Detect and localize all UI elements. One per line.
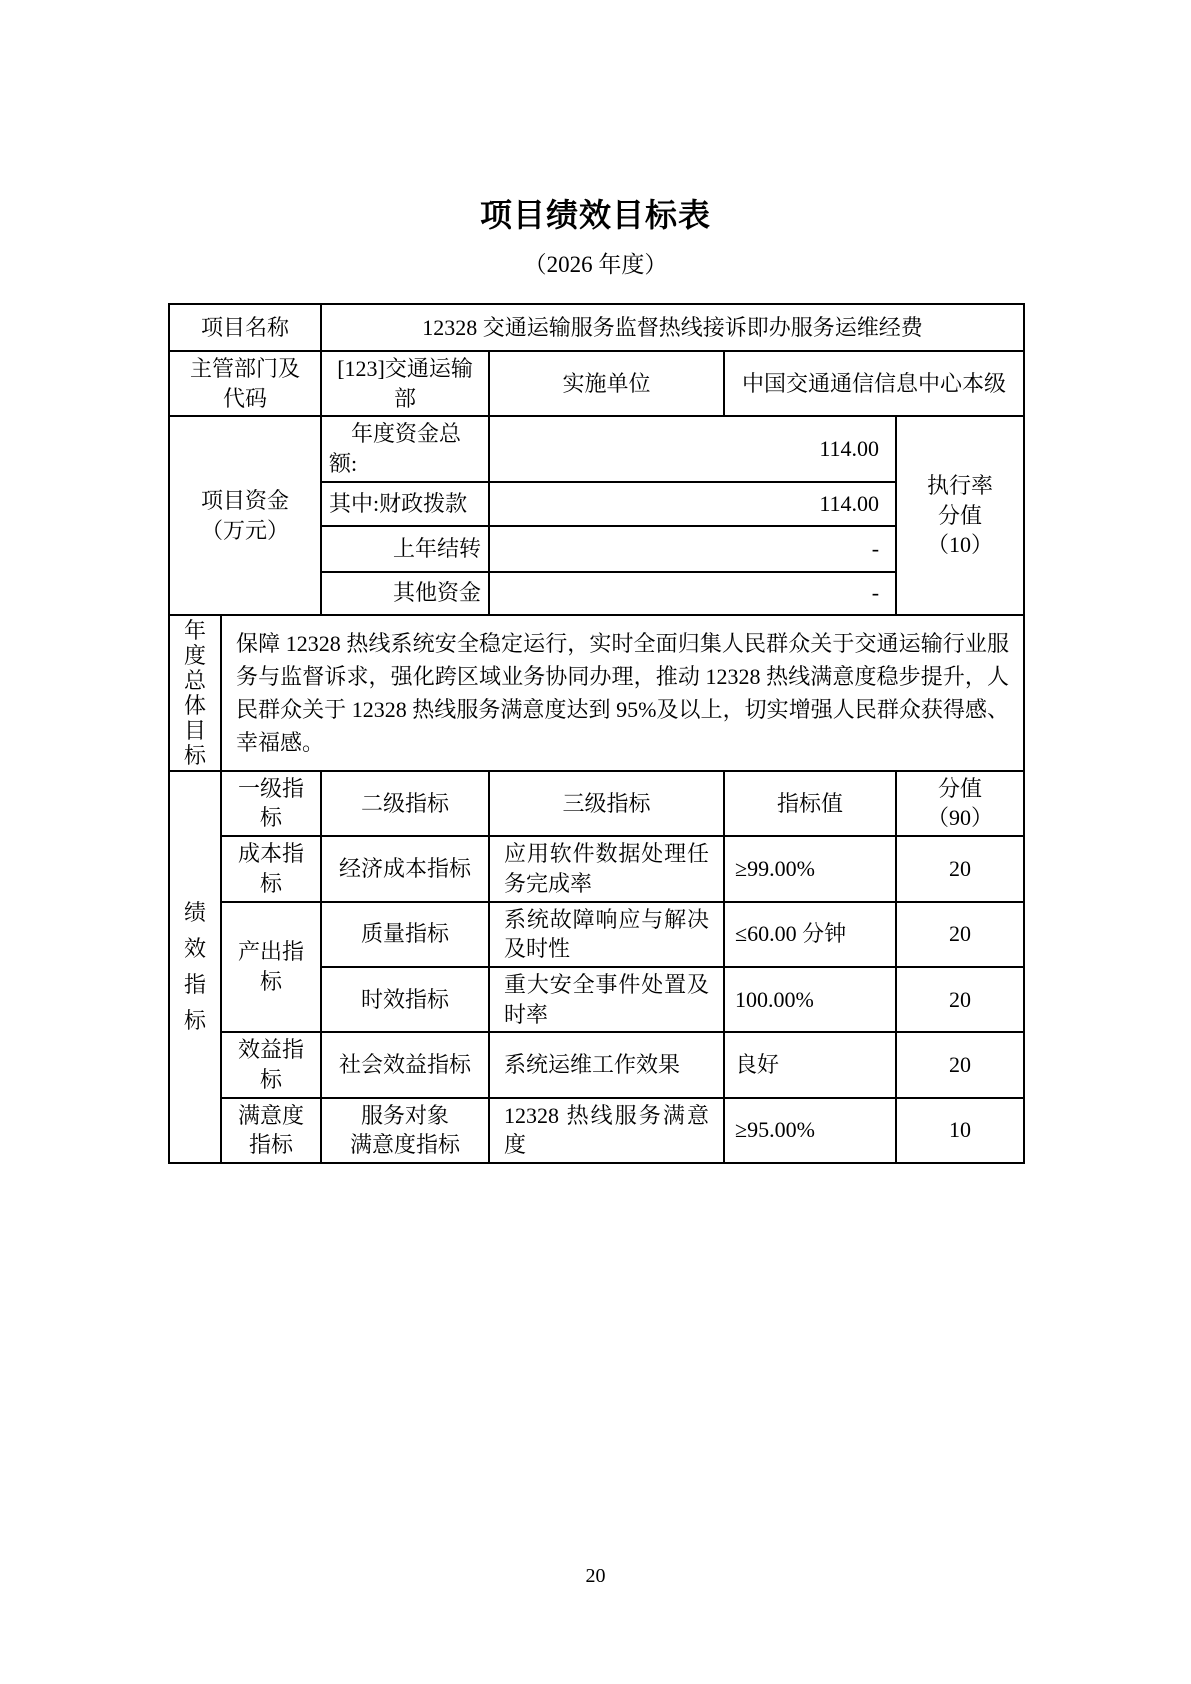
header-level3: 三级指标 — [489, 771, 724, 836]
funding-fiscal-label: 其中:财政拨款 — [321, 482, 489, 526]
indicator-value: ≥95.00% — [724, 1098, 896, 1163]
department-label: 主管部门及 代码 — [169, 351, 321, 416]
project-name-value: 12328 交通运输服务监督热线接诉即办服务运维经费 — [321, 304, 1024, 351]
annual-goal-label: 年度总体目标 — [169, 615, 221, 771]
indicator-value: ≤60.00 分钟 — [724, 902, 896, 967]
table-row-annual-goal: 年度总体目标 保障 12328 热线系统安全稳定运行，实时全面归集人民群众关于交… — [169, 615, 1024, 771]
table-row-department: 主管部门及 代码 [123]交通运输 部 实施单位 中国交通通信信息中心本级 — [169, 351, 1024, 416]
impl-unit-label: 实施单位 — [489, 351, 724, 416]
document-subtitle: （2026 年度） — [0, 246, 1191, 279]
indicator-value: 良好 — [724, 1032, 896, 1097]
indicator-score: 20 — [896, 836, 1024, 901]
impl-unit-value: 中国交通通信信息中心本级 — [724, 351, 1024, 416]
table-row-indicator-header: 绩效指标 一级指 标 二级指标 三级指标 指标值 分值 （90） — [169, 771, 1024, 836]
funding-carryover-label: 上年结转 — [321, 526, 489, 572]
indicator-score: 10 — [896, 1098, 1024, 1163]
header-level2: 二级指标 — [321, 771, 489, 836]
table-row-indicator-cost: 成本指 标 经济成本指标 应用软件数据处理任务完成率 ≥99.00% 20 — [169, 836, 1024, 901]
indicator-level3: 应用软件数据处理任务完成率 — [489, 836, 724, 901]
indicator-score: 20 — [896, 967, 1024, 1032]
table-row-indicator-quality: 产出指 标 质量指标 系统故障响应与解决及时性 ≤60.00 分钟 20 — [169, 902, 1024, 967]
indicator-level3: 系统运维工作效果 — [489, 1032, 724, 1097]
indicator-score: 20 — [896, 1032, 1024, 1097]
indicator-score: 20 — [896, 902, 1024, 967]
indicator-level1: 成本指 标 — [221, 836, 321, 901]
project-name-label: 项目名称 — [169, 304, 321, 351]
table-row-indicator-benefit: 效益指 标 社会效益指标 系统运维工作效果 良好 20 — [169, 1032, 1024, 1097]
indicator-level2: 时效指标 — [321, 967, 489, 1032]
indicator-level2: 经济成本指标 — [321, 836, 489, 901]
table-row-project-name: 项目名称 12328 交通运输服务监督热线接诉即办服务运维经费 — [169, 304, 1024, 351]
indicator-level1: 效益指 标 — [221, 1032, 321, 1097]
execution-rate-label: 执行率 分值 （10） — [896, 416, 1024, 614]
indicator-level3: 系统故障响应与解决及时性 — [489, 902, 724, 967]
indicator-value: ≥99.00% — [724, 836, 896, 901]
indicator-level1: 产出指 标 — [221, 902, 321, 1033]
indicator-level2: 服务对象 满意度指标 — [321, 1098, 489, 1163]
department-value: [123]交通运输 部 — [321, 351, 489, 416]
header-level1: 一级指 标 — [221, 771, 321, 836]
funding-carryover-value: - — [489, 526, 896, 572]
indicator-level2: 社会效益指标 — [321, 1032, 489, 1097]
document-title: 项目绩效目标表 — [0, 190, 1191, 236]
indicator-level2: 质量指标 — [321, 902, 489, 967]
funding-total-value: 114.00 — [489, 416, 896, 481]
funding-other-value: - — [489, 572, 896, 615]
indicators-label: 绩效指标 — [169, 771, 221, 1163]
document-page: 项目绩效目标表 （2026 年度） 项目名称 12328 交通运输服务监督热线接… — [0, 0, 1191, 1684]
funding-other-label: 其他资金 — [321, 572, 489, 615]
table-row-funding-total: 项目资金 （万元） 年度资金总 额: 114.00 执行率 分值 （10） — [169, 416, 1024, 481]
performance-target-table: 项目名称 12328 交通运输服务监督热线接诉即办服务运维经费 主管部门及 代码… — [168, 303, 1025, 1164]
funding-fiscal-value: 114.00 — [489, 482, 896, 526]
header-score: 分值 （90） — [896, 771, 1024, 836]
header-value: 指标值 — [724, 771, 896, 836]
annual-goal-text: 保障 12328 热线系统安全稳定运行，实时全面归集人民群众关于交通运输行业服务… — [221, 615, 1024, 771]
indicator-value: 100.00% — [724, 967, 896, 1032]
funding-label: 项目资金 （万元） — [169, 416, 321, 614]
funding-total-label: 年度资金总 额: — [321, 416, 489, 481]
table-row-indicator-satisfaction: 满意度 指标 服务对象 满意度指标 12328 热线服务满意度 ≥95.00% … — [169, 1098, 1024, 1163]
indicator-level1: 满意度 指标 — [221, 1098, 321, 1163]
page-number: 20 — [0, 1565, 1191, 1588]
indicator-level3: 重大安全事件处置及时率 — [489, 967, 724, 1032]
indicator-level3: 12328 热线服务满意度 — [489, 1098, 724, 1163]
